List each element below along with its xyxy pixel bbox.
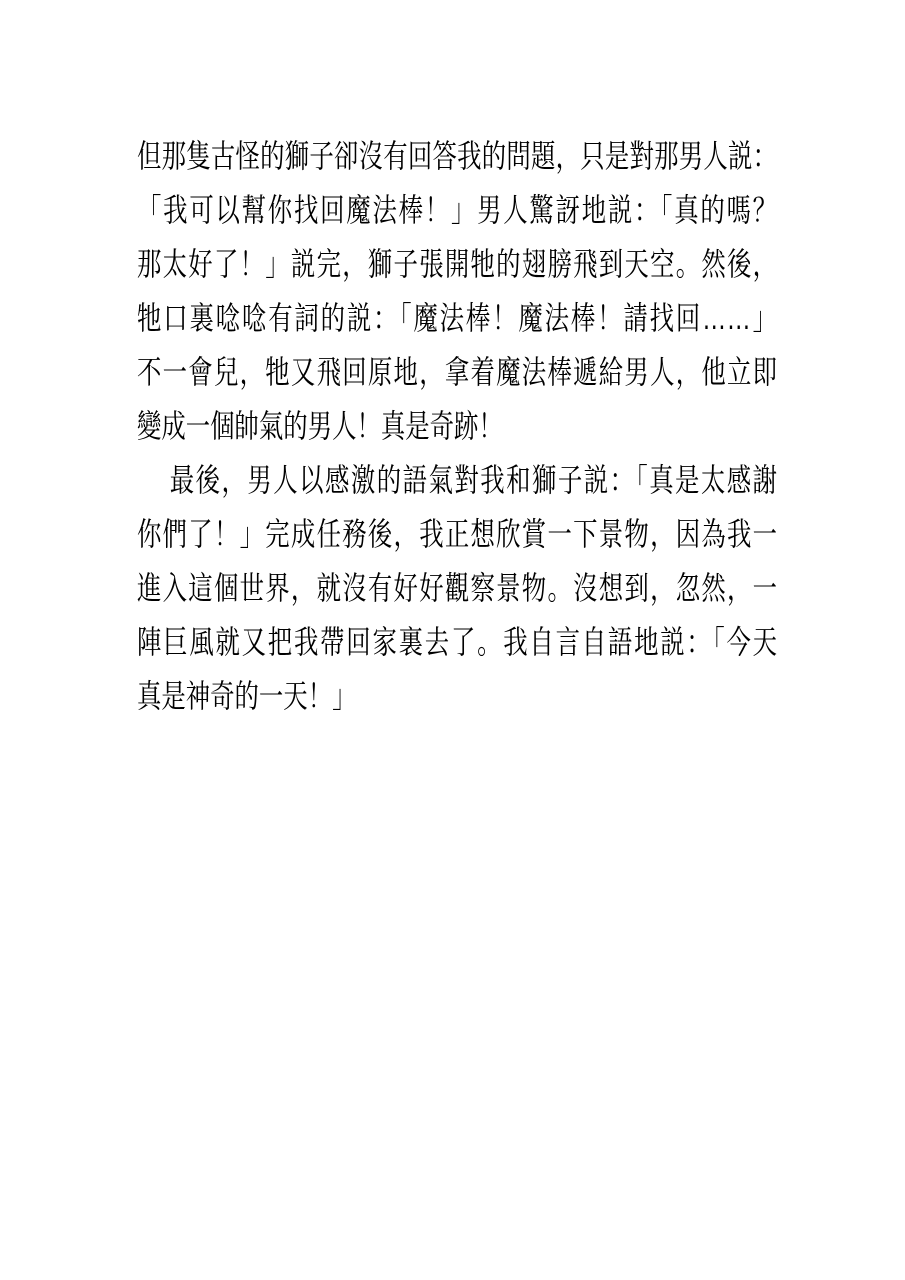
text-line: 不一會兒，牠又飛回原地，拿着魔法棒遞給男人，他立即 xyxy=(137,345,777,399)
text-line: 真是神奇的一天！」 xyxy=(137,669,777,723)
text-line: 牠口裏唸唸有詞的説：「魔法棒！魔法棒！請找回……」 xyxy=(137,291,777,345)
text-line: 變成一個帥氣的男人！真是奇跡！ xyxy=(137,399,777,453)
text-line: 陣巨風就又把我帶回家裏去了。我自言自語地説：「今天 xyxy=(137,615,777,669)
document-page: 但那隻古怪的獅子卻沒有回答我的問題，只是對那男人説：「我可以幫你找回魔法棒！」男… xyxy=(0,0,905,1280)
text-line: 最後，男人以感激的語氣對我和獅子説：「真是太感謝 xyxy=(137,453,777,507)
story-text: 但那隻古怪的獅子卻沒有回答我的問題，只是對那男人説：「我可以幫你找回魔法棒！」男… xyxy=(137,129,777,723)
text-line: 進入這個世界，就沒有好好觀察景物。沒想到，忽然，一 xyxy=(137,561,777,615)
text-line: 你們了！」完成任務後，我正想欣賞一下景物，因為我一 xyxy=(137,507,777,561)
paragraph: 但那隻古怪的獅子卻沒有回答我的問題，只是對那男人説：「我可以幫你找回魔法棒！」男… xyxy=(137,129,777,453)
text-line: 「我可以幫你找回魔法棒！」男人驚訝地説：「真的嗎？ xyxy=(137,183,777,237)
text-line: 但那隻古怪的獅子卻沒有回答我的問題，只是對那男人説： xyxy=(137,129,777,183)
text-line: 那太好了！」説完，獅子張開牠的翅膀飛到天空。然後， xyxy=(137,237,777,291)
paragraph: 最後，男人以感激的語氣對我和獅子説：「真是太感謝你們了！」完成任務後，我正想欣賞… xyxy=(137,453,777,723)
